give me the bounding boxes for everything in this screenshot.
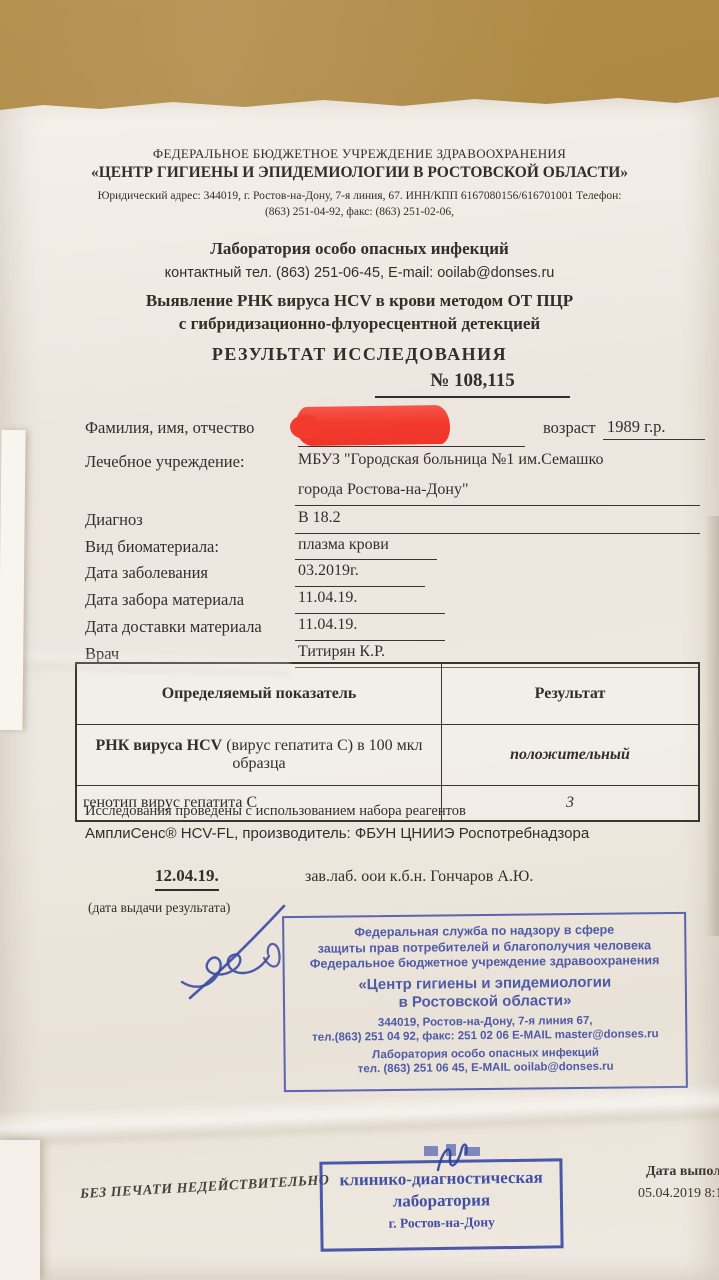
age-underline — [603, 439, 705, 440]
indicator-bold-part: РНК вируса HCV — [95, 737, 222, 754]
signatory: зав.лаб. оои к.б.н. Гончаров А.Ю. — [305, 868, 533, 886]
diagnosis-underline — [295, 533, 700, 534]
facility-label: Лечебное учреждение: — [85, 452, 245, 472]
diagnosis-value: В 18.2 — [298, 509, 341, 527]
paper-shadow — [705, 516, 719, 936]
kdl-stamp-line3: г. Ростов-на-Дону — [323, 1211, 560, 1234]
reagents-line2: АмплиСенс® HCV-FL, производитель: ФБУН Ц… — [85, 825, 589, 842]
exec-date-label: Дата выполн — [646, 1164, 719, 1180]
biomaterial-underline — [295, 559, 437, 560]
org-name-line2: «ЦЕНТР ГИГИЕНЫ И ЭПИДЕМИОЛОГИИ В РОСТОВС… — [0, 164, 719, 182]
no-seal-notice: БЕЗ ПЕЧАТИ НЕДЕЙСТВИТЕЛЬНО — [80, 1173, 330, 1203]
table-row: РНК вируса HCV (вирус гепатита С) в 100 … — [76, 725, 699, 786]
paper-sheet: ФЕДЕРАЛЬНОЕ БЮДЖЕТНОЕ УЧРЕЖДЕНИЕ ЗДРАВОО… — [0, 96, 719, 1280]
organization-stamp: Федеральная служба по надзору в сфере за… — [282, 912, 688, 1092]
onset-date-label: Дата заболевания — [85, 563, 208, 583]
underlying-sheet-edge — [0, 1140, 40, 1280]
document-photo: ФЕДЕРАЛЬНОЕ БЮДЖЕТНОЕ УЧРЕЖДЕНИЕ ЗДРАВОО… — [0, 0, 719, 1280]
paper-crease — [0, 1081, 719, 1150]
doctor-value: Титирян К.Р. — [298, 643, 385, 661]
org-address: Юридический адрес: 344019, г. Ростов-на-… — [0, 190, 719, 202]
exec-date-value: 05.04.2019 8:1 — [638, 1186, 719, 1202]
onset-date-value: 03.2019г. — [298, 562, 359, 580]
name-redaction-bar — [296, 405, 451, 446]
patient-name-label: Фамилия, имя, отчество — [85, 418, 254, 438]
handwritten-mark — [430, 1136, 480, 1178]
test-title-line2: с гибридизационно-флуоресцентной детекци… — [0, 314, 719, 334]
age-value: 1989 г.р. — [607, 417, 666, 437]
onset-date-underline — [295, 586, 425, 587]
collection-date-underline — [295, 613, 445, 614]
collection-date-label: Дата забора материала — [85, 590, 244, 610]
underlying-sheet-edge — [0, 430, 26, 730]
delivery-date-underline — [295, 640, 445, 641]
lab-contact: контактный тел. (863) 251-06-45, E-mail:… — [0, 265, 719, 281]
biomaterial-value: плазма крови — [298, 536, 389, 554]
biomaterial-label: Вид биоматериала: — [85, 537, 219, 557]
delivery-date-label: Дата доставки материала — [85, 617, 262, 637]
genotype-result-cell: 3 — [442, 786, 700, 822]
indicator-rest-part: (вирус гепатита С) в 100 мкл образца — [222, 737, 422, 772]
lab-name: Лаборатория особо опасных инфекций — [0, 239, 719, 259]
indicator-cell: РНК вируса HCV (вирус гепатита С) в 100 … — [76, 725, 442, 786]
org-name-line1: ФЕДЕРАЛЬНОЕ БЮДЖЕТНОЕ УЧРЕЖДЕНИЕ ЗДРАВОО… — [0, 146, 719, 162]
delivery-date-value: 11.04.19. — [298, 616, 357, 634]
facility-value-line1: МБУЗ "Городская больница №1 им.Семашко — [298, 451, 603, 469]
test-title-line1: Выявление РНК вируса HCV в крови методом… — [0, 291, 719, 311]
age-label: возраст — [543, 418, 596, 438]
results-table: Определяемый показатель Результат РНК ви… — [75, 662, 700, 822]
result-cell: положительный — [442, 725, 700, 786]
result-number: № 108,115 — [375, 370, 570, 398]
org-phone: (863) 251-04-92, факс: (863) 251-02-06, — [0, 206, 719, 218]
facility-value-line2: города Ростова-на-Дону" — [298, 481, 469, 499]
issue-date: 12.04.19. — [155, 866, 219, 891]
result-title: РЕЗУЛЬТАТ ИССЛЕДОВАНИЯ — [0, 344, 719, 365]
kdl-stamp-line2: лаборатория — [323, 1187, 560, 1214]
result-column-header: Результат — [442, 663, 700, 725]
handwritten-signature — [160, 896, 330, 1016]
stamp-line: тел. (863) 251 06 45, E-MAIL ooilab@dons… — [286, 1058, 686, 1076]
name-underline — [298, 446, 525, 447]
diagnosis-label: Диагноз — [85, 510, 143, 530]
collection-date-value: 11.04.19. — [298, 589, 357, 607]
facility-underline — [295, 505, 700, 506]
reagents-line1: Исследования проведены с использованием … — [85, 803, 466, 820]
